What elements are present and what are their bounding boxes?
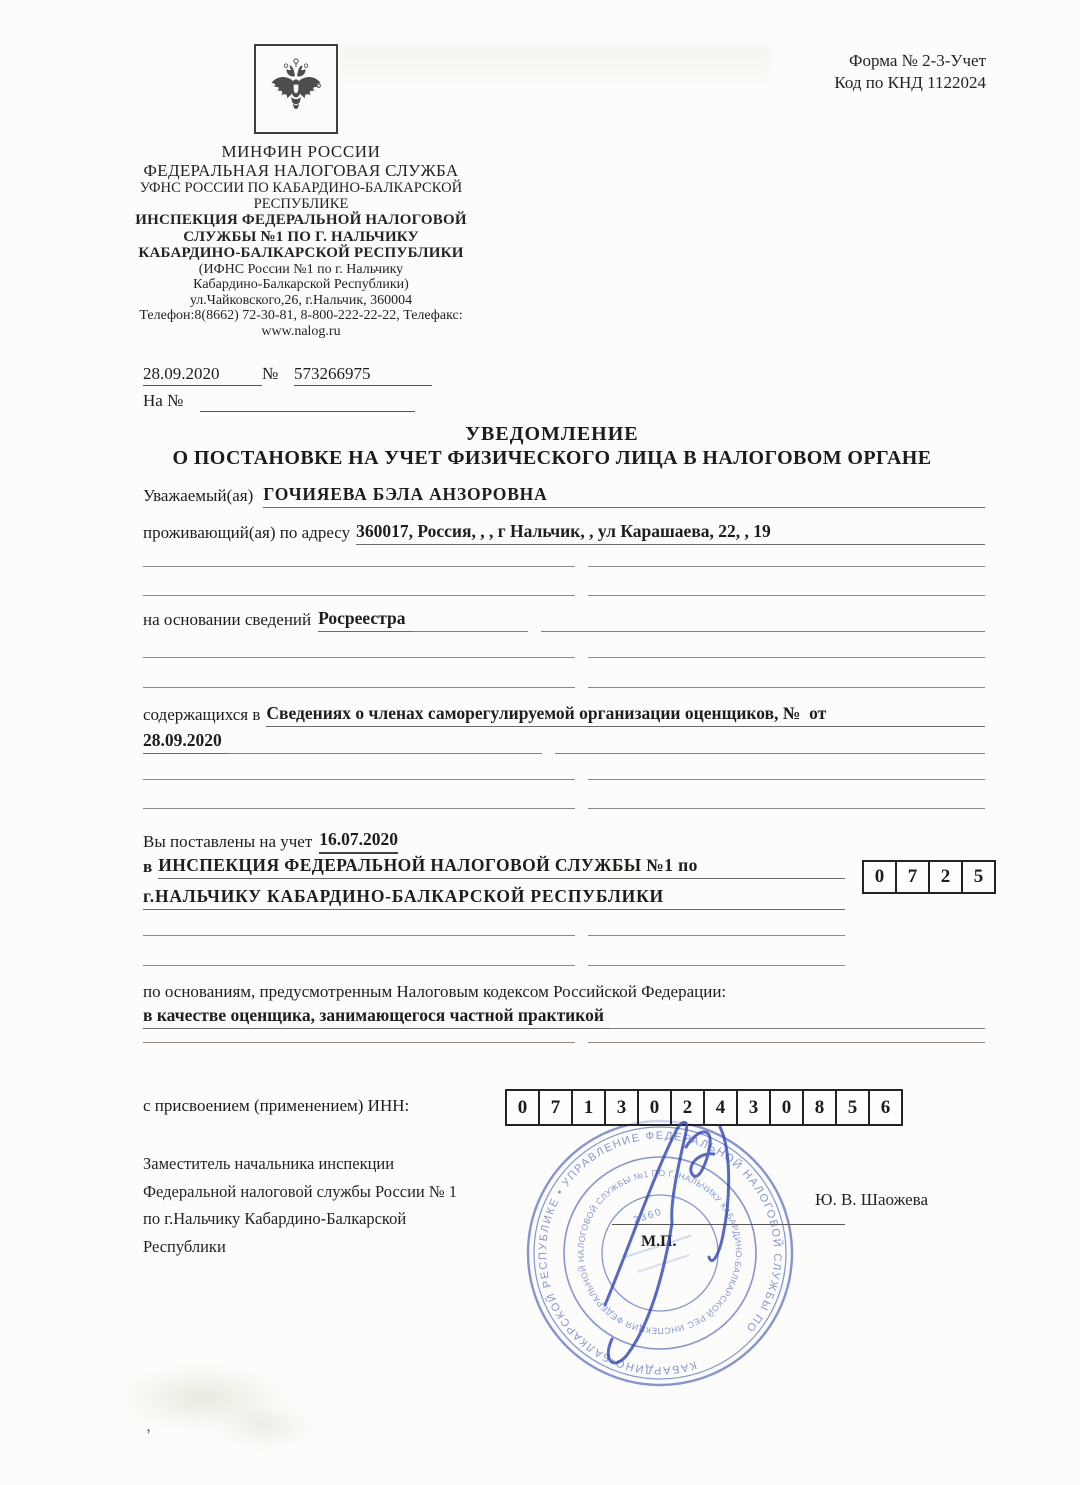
contained-label: содержащихся в <box>143 705 260 727</box>
signer-position-line: по г.Нальчику Кабардино-Балкарской <box>143 1205 563 1233</box>
scan-smudge <box>340 46 770 88</box>
address-row: проживающий(ая) по адресу 360017, Россия… <box>143 521 985 545</box>
inspection-row-1: в ИНСПЕКЦИЯ ФЕДЕРАЛЬНОЙ НАЛОГОВОЙ СЛУЖБЫ… <box>143 855 845 879</box>
document-title-line1: УВЕДОМЛЕНИЕ <box>62 423 1042 446</box>
inspection-value-line1: ИНСПЕКЦИЯ ФЕДЕРАЛЬНОЙ НАЛОГОВОЙ СЛУЖБЫ №… <box>158 855 845 879</box>
handwritten-signature <box>505 1105 820 1405</box>
blank-rule-line <box>143 779 985 780</box>
basis-row: на основании сведений Росреестра <box>143 608 985 632</box>
address-label: проживающий(ая) по адресу <box>143 523 350 545</box>
inspection-code-boxes: 0 7 2 5 <box>862 860 996 894</box>
grounds-value-row: в качестве оценщика, занимающегося частн… <box>143 1005 985 1029</box>
signer-position-block: Заместитель начальника инспекции Федерал… <box>143 1150 563 1260</box>
basis-label: на основании сведений <box>143 610 311 632</box>
signer-position-line: Федеральной налоговой службы России № 1 <box>143 1178 563 1206</box>
code-digit-cell: 7 <box>895 860 930 894</box>
code-digit-cell: 0 <box>862 860 897 894</box>
knd-code-line: Код по КНД 1122024 <box>770 72 986 94</box>
greeting-label: Уважаемый(ая) <box>143 486 253 508</box>
stray-pen-mark: ‚ <box>143 1418 152 1437</box>
grounds-value: в качестве оценщика, занимающегося частн… <box>143 1005 610 1029</box>
blank-rule-line <box>143 657 985 658</box>
blank-rule-line <box>143 808 985 809</box>
document-title-line2: О ПОСТАНОВКЕ НА УЧЕТ ФИЗИЧЕСКОГО ЛИЦА В … <box>62 447 1042 470</box>
inn-label: с присвоением (применением) ИНН: <box>143 1096 409 1116</box>
inspection-row-2: г.НАЛЬЧИКУ КАБАРДИНО-БАЛКАРСКОЙ РЕСПУБЛИ… <box>143 886 845 910</box>
contained-date-row: 28.09.2020 <box>143 730 985 754</box>
doc-number: 573266975 <box>294 364 432 386</box>
agency-line: ФЕДЕРАЛЬНАЯ НАЛОГОВАЯ СЛУЖБА <box>60 161 542 180</box>
reply-to-label: На № <box>143 391 183 411</box>
inspection-value-line2: г.НАЛЬЧИКУ КАБАРДИНО-БАЛКАРСКОЙ РЕСПУБЛИ… <box>143 886 845 910</box>
reply-to-blank-line <box>200 391 415 412</box>
greeting-row: Уважаемый(ая) ГОЧИЯЕВА БЭЛА АНЗОРОВНА <box>143 484 985 508</box>
inspection-prefix: в <box>143 857 152 879</box>
agency-line: КАБАРДИНО-БАЛКАРСКОЙ РЕСПУБЛИКИ <box>60 245 542 262</box>
scanned-tax-notice-document: Форма № 2-3-Учет Код по КНД 1122024 МИНФ… <box>0 0 1080 1485</box>
registered-label: Вы поставлены на учет <box>143 832 312 854</box>
code-digit-cell: 5 <box>961 860 996 894</box>
inn-digit-cell: 6 <box>868 1089 903 1126</box>
blank-rule-line <box>143 935 845 936</box>
code-digit-cell: 2 <box>928 860 963 894</box>
agency-line: Телефон:8(8662) 72-30-81, 8-800-222-22-2… <box>60 308 542 324</box>
contained-row: содержащихся в Сведениях о членах саморе… <box>143 703 985 727</box>
basis-value: Росреестра <box>318 608 413 632</box>
blank-rule-line <box>143 566 985 567</box>
agency-line: Кабардино-Балкарской Республики) <box>60 277 542 293</box>
form-meta-block: Форма № 2-3-Учет Код по КНД 1122024 <box>770 50 986 94</box>
blank-rule-line <box>143 965 845 966</box>
contained-date-value: 28.09.2020 <box>143 730 228 754</box>
signer-position-line: Республики <box>143 1233 563 1261</box>
person-name-value: ГОЧИЯЕВА БЭЛА АНЗОРОВНА <box>263 484 985 508</box>
agency-line: УФНС РОССИИ ПО КАБАРДИНО-БАЛКАРСКОЙ <box>60 180 542 196</box>
registered-row: Вы поставлены на учет 16.07.2020 <box>143 829 985 854</box>
blank-rule-line <box>143 595 985 596</box>
double-headed-eagle-icon <box>266 54 326 124</box>
agency-line: ул.Чайковского,26, г.Нальчик, 360004 <box>60 293 542 309</box>
contained-value: Сведениях о членах саморегулируемой орга… <box>266 703 985 727</box>
address-value: 360017, Россия, , , г Нальчик, , ул Кара… <box>356 521 985 545</box>
scan-smudge <box>215 1404 315 1448</box>
agency-line: ИНСПЕКЦИЯ ФЕДЕРАЛЬНОЙ НАЛОГОВОЙ <box>60 212 542 229</box>
form-number-line: Форма № 2-3-Учет <box>770 50 986 72</box>
agency-line: (ИФНС России №1 по г. Нальчику <box>60 262 542 278</box>
agency-line: СЛУЖБЫ №1 ПО Г. НАЛЬЧИКУ <box>60 229 542 246</box>
agency-line: www.nalog.ru <box>60 324 542 340</box>
signer-position-line: Заместитель начальника инспекции <box>143 1150 563 1178</box>
grounds-label: по основаниям, предусмотренным Налоговым… <box>143 982 726 1002</box>
inn-digit-cell: 5 <box>835 1089 870 1126</box>
number-sign: № <box>262 364 278 384</box>
blank-rule-line <box>143 687 985 688</box>
signer-name: Ю. В. Шаожева <box>815 1190 928 1210</box>
agency-letterhead: МИНФИН РОССИИ ФЕДЕРАЛЬНАЯ НАЛОГОВАЯ СЛУЖ… <box>60 142 542 339</box>
doc-date: 28.09.2020 <box>143 364 262 386</box>
registered-date-value: 16.07.2020 <box>319 829 398 854</box>
agency-line: МИНФИН РОССИИ <box>60 142 542 161</box>
blank-rule-line <box>143 1042 985 1043</box>
agency-line: РЕСПУБЛИКЕ <box>60 196 542 212</box>
coat-of-arms-box <box>254 44 338 134</box>
